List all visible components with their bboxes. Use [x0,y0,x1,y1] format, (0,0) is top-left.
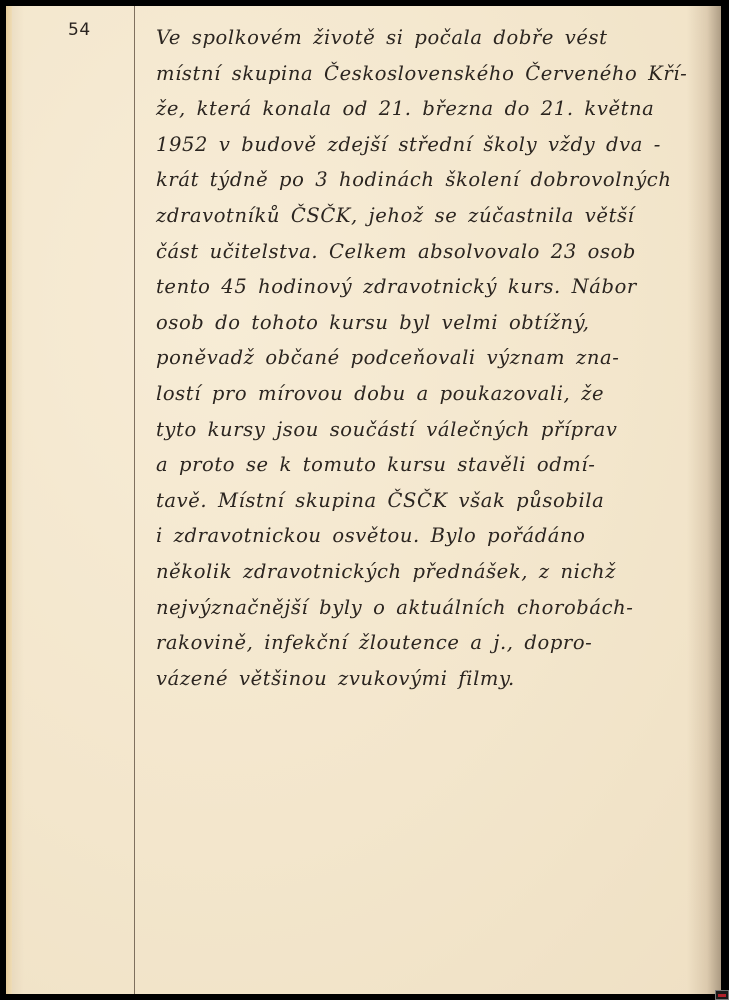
text-line: poněvadž občané podceňovali význam zna- [156,340,716,376]
text-line: lostí pro mírovou dobu a poukazovali, že [156,376,716,412]
text-line: 1952 v budově zdejší střední školy vždy … [156,127,716,163]
page-left-edge [6,6,12,994]
text-line: tento 45 hodinový zdravotnický kurs. Náb… [156,269,716,305]
text-line: osob do tohoto kursu byl velmi obtížný, [156,305,716,341]
page-number: 54 [68,20,91,40]
text-line: a proto se k tomuto kursu stavěli odmí- [156,447,716,483]
margin-rule [134,6,135,994]
handwritten-text-block: Ve spolkovém životě si počala dobře vést… [156,20,716,696]
viewer-corner-icon[interactable] [715,990,729,1000]
text-line: vázené většinou zvukovými filmy. [156,661,716,697]
notebook-page: 54 Ve spolkovém životě si počala dobře v… [6,6,721,994]
text-line: několik zdravotnických přednášek, z nich… [156,554,716,590]
text-line: že, která konala od 21. března do 21. kv… [156,91,716,127]
minus-icon [718,994,726,997]
text-line: nejvýznačnější byly o aktuálních chorobá… [156,590,716,626]
text-line: rakovině, infekční žloutence a j., dopro… [156,625,716,661]
text-line: i zdravotnickou osvětou. Bylo pořádáno [156,518,716,554]
text-line: část učitelstva. Celkem absolvovalo 23 o… [156,234,716,270]
image-frame: 54 Ve spolkovém životě si počala dobře v… [0,0,729,1000]
text-line: místní skupina Československého Červenéh… [156,56,716,92]
text-line: Ve spolkovém životě si počala dobře vést [156,20,716,56]
text-line: tyto kursy jsou součástí válečných přípr… [156,412,716,448]
text-line: krát týdně po 3 hodinách školení dobrovo… [156,162,716,198]
text-line: tavě. Místní skupina ČSČK však působila [156,483,716,519]
text-line: zdravotníků ČSČK, jehož se zúčastnila vě… [156,198,716,234]
